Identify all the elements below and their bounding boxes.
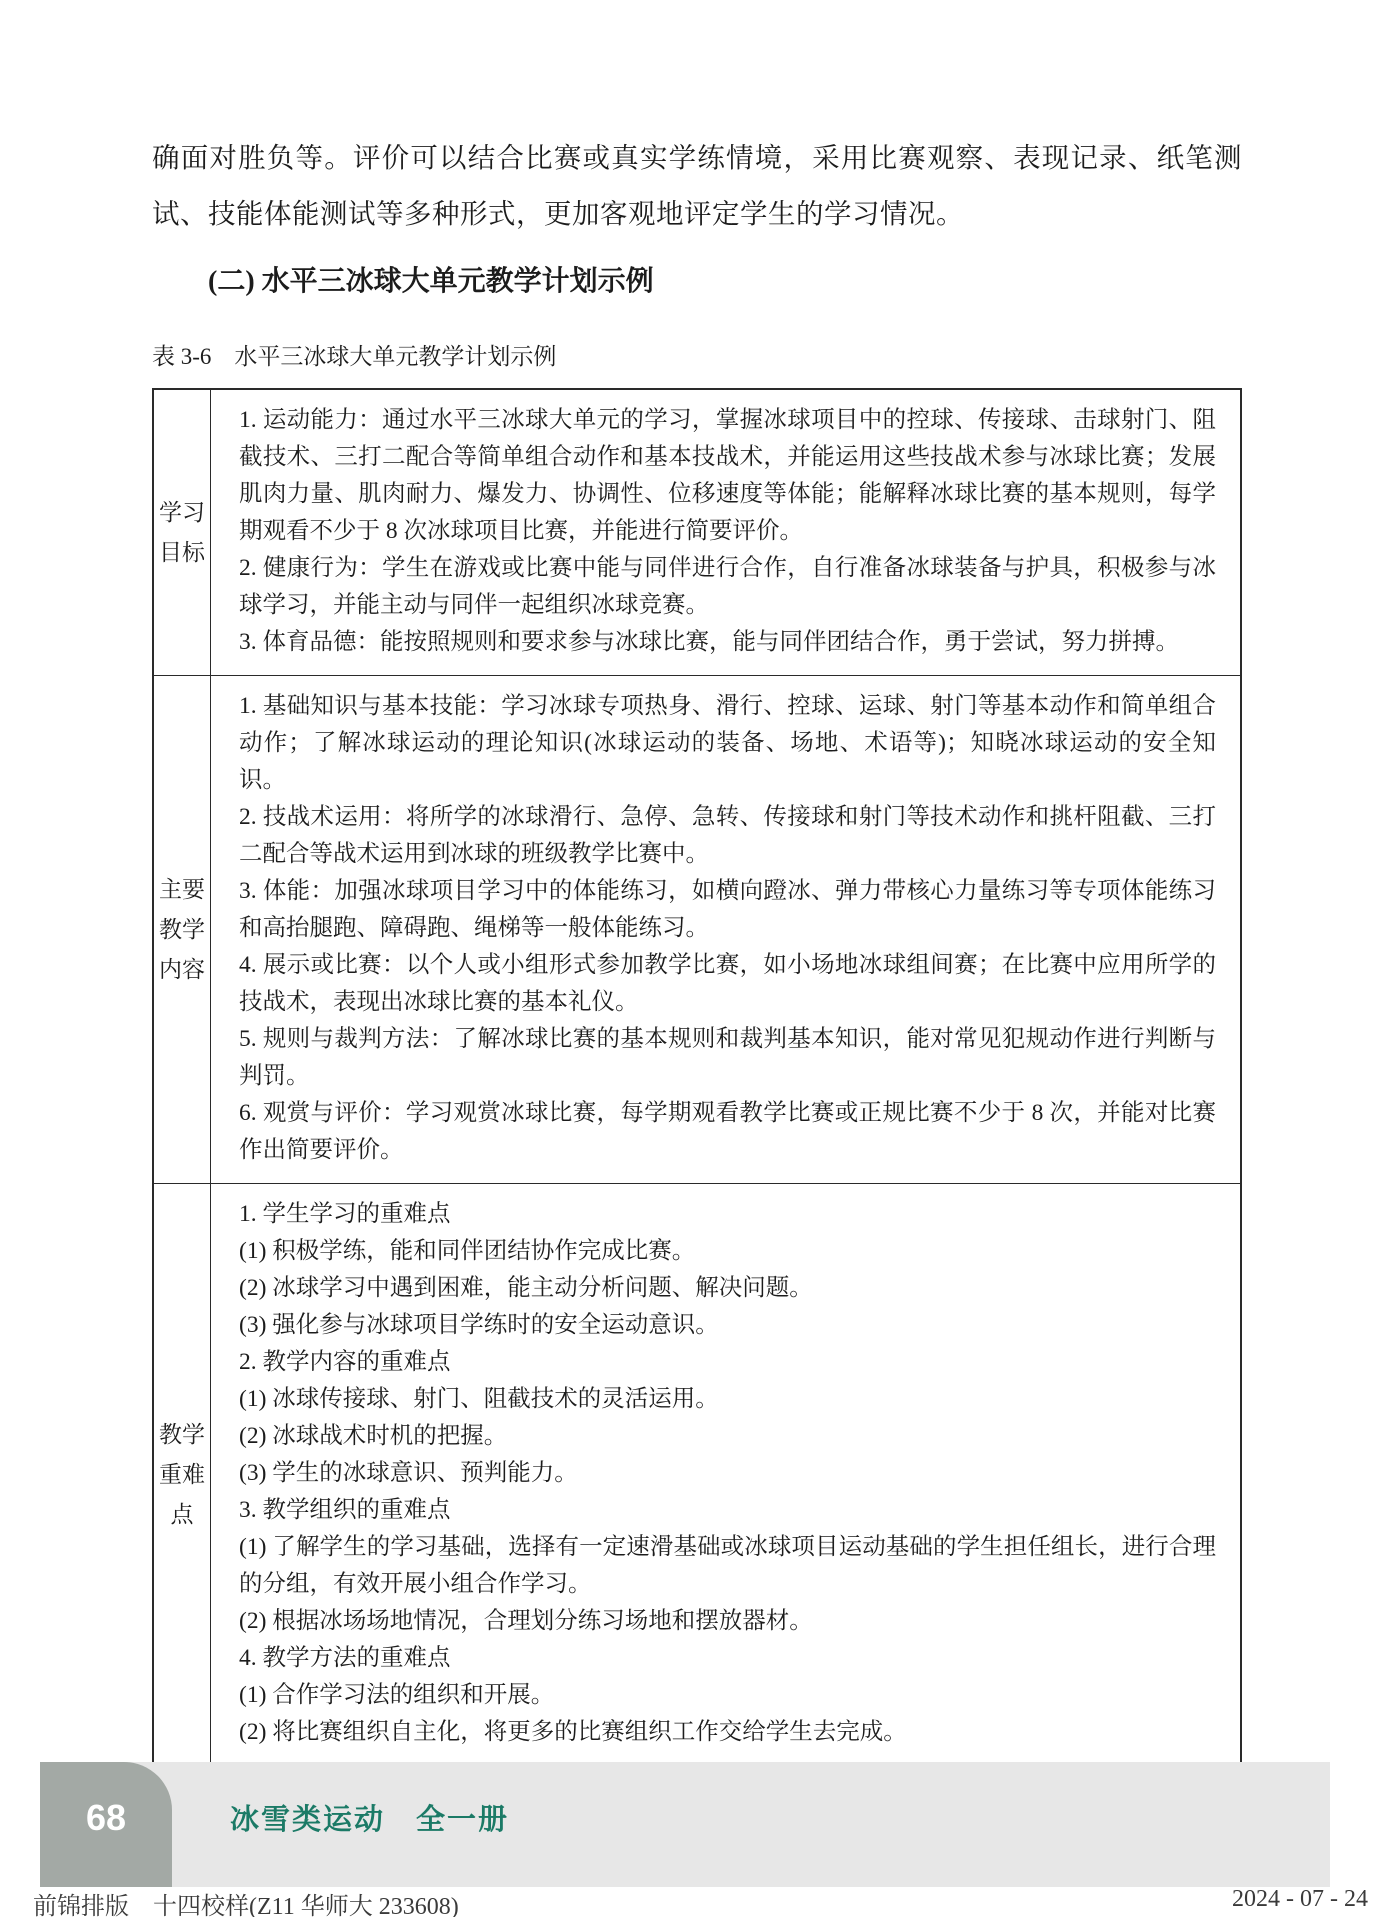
teaching-plan-table: 学习目标 1. 运动能力：通过水平三冰球大单元的学习，掌握冰球项目中的控球、传接… (152, 388, 1242, 1767)
table-cell-paragraph: (3) 学生的冰球意识、预判能力。 (239, 1455, 1216, 1492)
proof-date: 2024 - 07 - 24 (1232, 1886, 1368, 1917)
table-cell-paragraph: 3. 体育品德：能按照规则和要求参与冰球比赛，能与同伴团结合作，勇于尝试，努力拼… (239, 624, 1216, 661)
table-cell-paragraph: (1) 积极学练，能和同伴团结协作完成比赛。 (239, 1233, 1216, 1270)
table-cell-paragraph: 2. 技战术运用：将所学的冰球滑行、急停、急转、传接球和射门等技术动作和挑杆阻截… (239, 799, 1216, 873)
table-cell-paragraph: 1. 运动能力：通过水平三冰球大单元的学习，掌握冰球项目中的控球、传接球、击球射… (239, 402, 1216, 550)
row-content-main-content: 1. 基础知识与基本技能：学习冰球专项热身、滑行、控球、运球、射门等基本动作和简… (211, 676, 1240, 1183)
table-cell-paragraph: (2) 根据冰场场地情况，合理划分练习场地和摆放器材。 (239, 1603, 1216, 1640)
intro-paragraph: 确面对胜负等。评价可以结合比赛或真实学练情境，采用比赛观察、表现记录、纸笔测试、… (152, 130, 1242, 242)
table-cell-paragraph: 3. 体能：加强冰球项目学习中的体能练习，如横向蹬冰、弹力带核心力量练习等专项体… (239, 873, 1216, 947)
table-caption: 表 3-6 水平三冰球大单元教学计划示例 (152, 342, 1242, 372)
row-content-key-difficulties: 1. 学生学习的重难点 (1) 积极学练，能和同伴团结协作完成比赛。 (2) 冰… (211, 1184, 1240, 1765)
table-cell-paragraph: 1. 学生学习的重难点 (239, 1196, 1216, 1233)
row-content-learning-goals: 1. 运动能力：通过水平三冰球大单元的学习，掌握冰球项目中的控球、传接球、击球射… (211, 390, 1240, 675)
table-cell-paragraph: 3. 教学组织的重难点 (239, 1492, 1216, 1529)
section-heading: (二) 水平三冰球大单元教学计划示例 (152, 258, 1242, 306)
book-title: 冰雪类运动 全一册 (230, 1762, 509, 1872)
proof-line: 前锦排版 十四校样(Z11 华师大 233608) 2024 - 07 - 24 (33, 1886, 1368, 1917)
row-label-text: 教学重难点 (159, 1415, 206, 1535)
row-label-text: 学习目标 (159, 493, 206, 573)
page-number: 68 (86, 1797, 126, 1839)
row-label-key-difficulties: 教学重难点 (154, 1184, 211, 1765)
table-cell-paragraph: (1) 了解学生的学习基础，选择有一定速滑基础或冰球项目运动基础的学生担任组长，… (239, 1529, 1216, 1603)
table-cell-paragraph: (1) 冰球传接球、射门、阻截技术的灵活运用。 (239, 1381, 1216, 1418)
table-row-key-difficulties: 教学重难点 1. 学生学习的重难点 (1) 积极学练，能和同伴团结协作完成比赛。… (154, 1183, 1240, 1765)
table-row-main-content: 主要教学内容 1. 基础知识与基本技能：学习冰球专项热身、滑行、控球、运球、射门… (154, 675, 1240, 1183)
table-cell-paragraph: (2) 冰球战术时机的把握。 (239, 1418, 1216, 1455)
table-cell-paragraph: 4. 教学方法的重难点 (239, 1640, 1216, 1677)
row-label-text: 主要教学内容 (159, 870, 206, 990)
page-content: 确面对胜负等。评价可以结合比赛或真实学练情境，采用比赛观察、表现记录、纸笔测试、… (152, 0, 1242, 1767)
row-label-main-content: 主要教学内容 (154, 676, 211, 1183)
page-number-badge: 68 (40, 1762, 172, 1887)
table-cell-paragraph: 5. 规则与裁判方法：了解冰球比赛的基本规则和裁判基本知识，能对常见犯规动作进行… (239, 1021, 1216, 1095)
document-page: 确面对胜负等。评价可以结合比赛或真实学练情境，采用比赛观察、表现记录、纸笔测试、… (0, 0, 1388, 1917)
row-label-learning-goals: 学习目标 (154, 390, 211, 675)
table-cell-paragraph: 2. 健康行为：学生在游戏或比赛中能与同伴进行合作，自行准备冰球装备与护具，积极… (239, 550, 1216, 624)
table-cell-paragraph: (2) 将比赛组织自主化，将更多的比赛组织工作交给学生去完成。 (239, 1714, 1216, 1751)
table-cell-paragraph: 4. 展示或比赛：以个人或小组形式参加教学比赛，如小场地冰球组间赛；在比赛中应用… (239, 947, 1216, 1021)
proof-info: 前锦排版 十四校样(Z11 华师大 233608) (33, 1886, 459, 1917)
table-cell-paragraph: (3) 强化参与冰球项目学练时的安全运动意识。 (239, 1307, 1216, 1344)
table-cell-paragraph: (2) 冰球学习中遇到困难，能主动分析问题、解决问题。 (239, 1270, 1216, 1307)
table-row-learning-goals: 学习目标 1. 运动能力：通过水平三冰球大单元的学习，掌握冰球项目中的控球、传接… (154, 390, 1240, 675)
table-cell-paragraph: 6. 观赏与评价：学习观赏冰球比赛，每学期观看教学比赛或正规比赛不少于 8 次，… (239, 1095, 1216, 1169)
table-cell-paragraph: 2. 教学内容的重难点 (239, 1344, 1216, 1381)
table-cell-paragraph: 1. 基础知识与基本技能：学习冰球专项热身、滑行、控球、运球、射门等基本动作和简… (239, 688, 1216, 799)
table-cell-paragraph: (1) 合作学习法的组织和开展。 (239, 1677, 1216, 1714)
